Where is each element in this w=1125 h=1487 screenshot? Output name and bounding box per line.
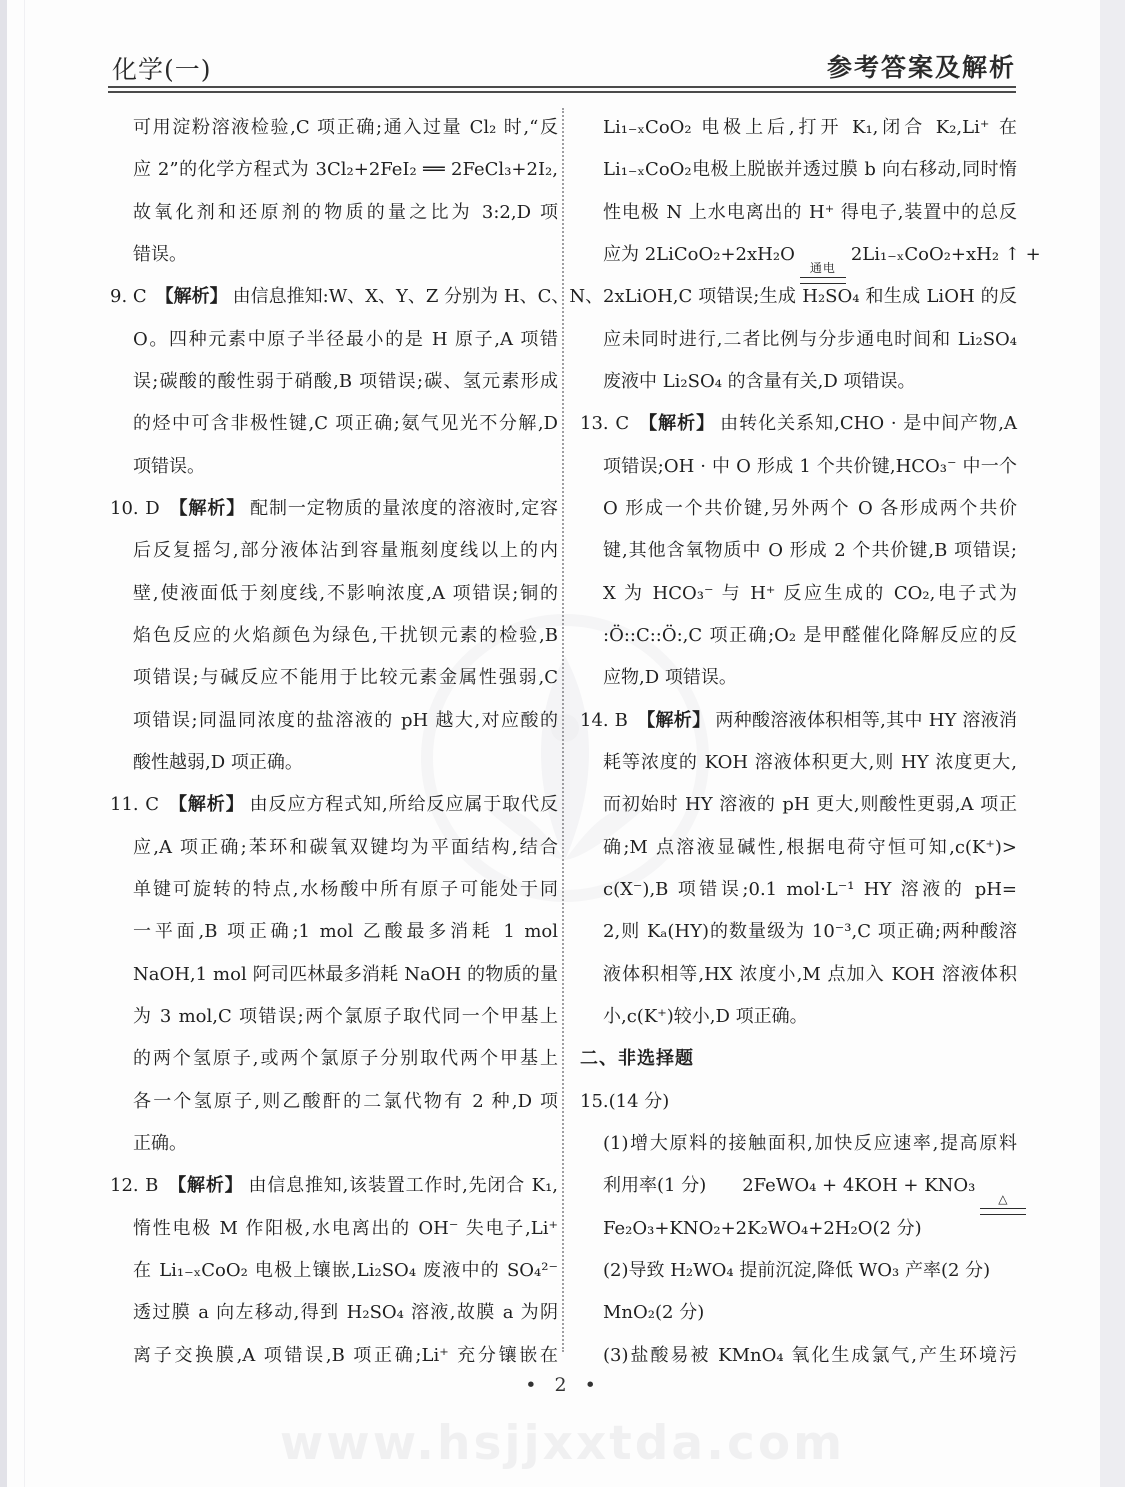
text-line: 焰色反应的火焰颜色为绿色,干扰钡元素的检验,B xyxy=(110,615,558,657)
text-line: 键,其他含氧物质中 O 形成 2 个共价键,B 项错误; xyxy=(580,530,1017,572)
text-line: O 形成一个共价键,另外两个 O 各形成两个共价 xyxy=(580,488,1017,530)
text-line: c(X⁻),B 项错误;0.1 mol·L⁻¹ HY 溶液的 pH= xyxy=(580,869,1017,911)
answer-item-line: 10. D【解析】配制一定物质的量浓度的溶液时,定容 xyxy=(110,488,558,530)
line-text: X 为 HCO₃⁻ 与 H⁺ 反应生成的 CO₂,电子式为 xyxy=(603,583,1017,604)
text-line: 2,则 Kₐ(HY)的数量级为 10⁻³,C 项正确;两种酸溶 xyxy=(580,911,1017,953)
line-text: 的两个氢原子,或两个氯原子分别取代两个甲基上 xyxy=(133,1048,558,1069)
line-text: 二、非选择题 xyxy=(580,1048,694,1069)
answer-number: 13. C xyxy=(580,413,629,434)
answer-item-line: 14. B【解析】两种酸溶液体积相等,其中 HY 溶液消 xyxy=(580,700,1017,742)
answer-number: 10. D xyxy=(110,498,160,519)
text-line: NaOH,1 mol 阿司匹林最多消耗 NaOH 的物质的量 xyxy=(110,954,558,996)
line-text: 酸性越弱,D 项正确。 xyxy=(133,752,303,773)
line-text: 而初始时 HY 溶液的 pH 更大,则酸性更弱,A 项正 xyxy=(603,794,1017,815)
answer-number: 11. C xyxy=(110,794,159,815)
text-line: (1)增大原料的接触面积,加快反应速率,提高原料 xyxy=(580,1123,1017,1165)
line-text: 由转化关系知,CHO · 是中间产物,A xyxy=(720,413,1017,434)
analysis-label: 【解析】 xyxy=(638,413,715,434)
page-title-course: 化学(一) xyxy=(112,50,212,86)
line-text: Li₁₋ₓCoO₂电极上脱嵌并透过膜 b 向右移动,同时惰 xyxy=(603,159,1017,180)
line-text: 单键可旋转的特点,水杨酸中所有原子可能处于同 xyxy=(133,879,558,900)
text-line: Li₁₋ₓCoO₂电极上脱嵌并透过膜 b 向右移动,同时惰 xyxy=(580,149,1017,191)
reaction-condition-text: 通电 xyxy=(810,262,836,277)
text-line: 项错误;OH · 中 O 形成 1 个共价键,HCO₃⁻ 中一个 xyxy=(580,446,1017,488)
text-line: 错误。 xyxy=(110,234,558,276)
text-line: 应,A 项正确;苯环和碳氧双键均为平面结构,结合 xyxy=(110,827,558,869)
line-text: c(X⁻),B 项错误;0.1 mol·L⁻¹ HY 溶液的 pH= xyxy=(603,879,1017,900)
line-text: 项错误;与碱反应不能用于比较元素金属性强弱,C xyxy=(133,667,558,688)
line-text: O 形成一个共价键,另外两个 O 各形成两个共价 xyxy=(603,498,1017,519)
answer-item-line: 13. C【解析】由转化关系知,CHO · 是中间产物,A xyxy=(580,403,1017,445)
text-line: 应 2”的化学方程式为 3Cl₂+2FeI₂ ══ 2FeCl₃+2I₂, xyxy=(110,149,558,191)
line-text: 由信息推知:W、X、Y、Z 分别为 H、C、N、 xyxy=(233,286,603,307)
text-line: 壁,使液面低于刻度线,不影响浓度,A 项错误;铜的 xyxy=(110,573,558,615)
column-left: 可用淀粉溶液检验,C 项正确;通入过量 Cl₂ 时,“反应 2”的化学方程式为 … xyxy=(110,107,558,1377)
line-text: 键,其他含氧物质中 O 形成 2 个共价键,B 项错误; xyxy=(603,540,1017,561)
text-line: (3)盐酸易被 KMnO₄ 氧化生成氯气,产生环境污 xyxy=(580,1335,1017,1377)
line-text: 后反复摇匀,部分液体沾到容量瓶刻度线以上的内 xyxy=(133,540,558,561)
line-text: 各一个氢原子,则乙酸酐的二氯代物有 2 种,D 项 xyxy=(133,1091,558,1112)
line-text: Li₁₋ₓCoO₂ 电极上后,打开 K₁,闭合 K₂,Li⁺ 在 xyxy=(603,117,1017,138)
reaction-condition-stack: △ xyxy=(980,1193,1026,1215)
analysis-label: 【解析】 xyxy=(637,710,711,731)
equation-text: 应为 2LiCoO₂+2xH₂O xyxy=(603,244,795,265)
answer-number: 12. B xyxy=(110,1175,158,1196)
text-line: 惰性电极 M 作阳极,水电离出的 OH⁻ 失电子,Li⁺ xyxy=(110,1208,558,1250)
line-text: 错误。 xyxy=(133,244,187,265)
text-line: O。四种元素中原子半径最小的是 H 原子,A 项错 xyxy=(110,319,558,361)
text-line: Li₁₋ₓCoO₂ 电极上后,打开 K₁,闭合 K₂,Li⁺ 在 xyxy=(580,107,1017,149)
text-line: 可用淀粉溶液检验,C 项正确;通入过量 Cl₂ 时,“反 xyxy=(110,107,558,149)
line-text: 15.(14 分) xyxy=(580,1091,669,1112)
line-text: NaOH,1 mol 阿司匹林最多消耗 NaOH 的物质的量 xyxy=(133,964,558,985)
line-text: 应物,D 项错误。 xyxy=(603,667,737,688)
line-text: 一平面,B 项正确;1 mol 乙酸最多消耗 1 mol xyxy=(133,921,558,942)
text-line: 一平面,B 项正确;1 mol 乙酸最多消耗 1 mol xyxy=(110,911,558,953)
text-line: 液体积相等,HX 浓度小,M 点加入 KOH 溶液体积 xyxy=(580,954,1017,996)
reaction-condition-text: △ xyxy=(998,1193,1008,1208)
line-text: 应 2”的化学方程式为 3Cl₂+2FeI₂ ══ 2FeCl₃+2I₂, xyxy=(133,159,558,180)
answer-item-line: 12. B【解析】由信息推知,该装置工作时,先闭合 K₁, xyxy=(110,1165,558,1207)
column-right: Li₁₋ₓCoO₂ 电极上后,打开 K₁,闭合 K₂,Li⁺ 在Li₁₋ₓCoO… xyxy=(580,107,1017,1377)
text-line: X 为 HCO₃⁻ 与 H⁺ 反应生成的 CO₂,电子式为 xyxy=(580,573,1017,615)
line-text: :Ö::C::Ö:,C 项正确;O₂ 是甲醛催化降解反应的反 xyxy=(603,625,1017,646)
answer-item-line: 9. C【解析】由信息推知:W、X、Y、Z 分别为 H、C、N、 xyxy=(110,276,558,318)
line-text: 配制一定物质的量浓度的溶液时,定容 xyxy=(250,498,558,519)
line-text: 小,c(K⁺)较小,D 项正确。 xyxy=(603,1006,808,1027)
text-line: (2)导致 H₂WO₄ 提前沉淀,降低 WO₃ 产率(2 分) xyxy=(580,1250,1017,1292)
line-text: 误;碳酸的酸性弱于硝酸,B 项错误;碳、氢元素形成 xyxy=(133,371,558,392)
text-line: 离子交换膜,A 项错误,B 项正确;Li⁺ 充分镶嵌在 xyxy=(110,1335,558,1377)
text-line: 单键可旋转的特点,水杨酸中所有原子可能处于同 xyxy=(110,869,558,911)
line-text: 故氧化剂和还原剂的物质的量之比为 3:2,D 项 xyxy=(133,202,558,223)
text-line: 故氧化剂和还原剂的物质的量之比为 3:2,D 项 xyxy=(110,192,558,234)
page-title-answers: 参考答案及解析 xyxy=(580,48,1016,84)
text-line: 二、非选择题 xyxy=(580,1038,1017,1080)
analysis-label: 【解析】 xyxy=(168,794,245,815)
line-text: 应,A 项正确;苯环和碳氧双键均为平面结构,结合 xyxy=(133,837,558,858)
page-number: • 2 • xyxy=(110,1374,1017,1396)
text-line: 项错误;同温同浓度的盐溶液的 pH 越大,对应酸的 xyxy=(110,700,558,742)
text-line: 为 3 mol,C 项错误;两个氯原子取代同一个甲基上 xyxy=(110,996,558,1038)
scan-edge-left xyxy=(0,0,7,1487)
answer-number: 14. B xyxy=(580,710,628,731)
text-line: 15.(14 分) xyxy=(580,1081,1017,1123)
line-text: 两种酸溶液体积相等,其中 HY 溶液消 xyxy=(715,710,1017,731)
text-line: 酸性越弱,D 项正确。 xyxy=(110,742,558,784)
line-text: 焰色反应的火焰颜色为绿色,干扰钡元素的检验,B xyxy=(133,625,558,646)
line-text: 由反应方程式知,所给反应属于取代反 xyxy=(250,794,558,815)
equation-text: 2Li₁₋ₓCoO₂+xH₂ ↑ + xyxy=(851,244,1041,265)
text-line: MnO₂(2 分) xyxy=(580,1292,1017,1334)
line-text: 项错误。 xyxy=(133,456,205,477)
scan-edge-right xyxy=(1100,0,1125,1487)
line-text: 应未同时进行,二者比例与分步通电时间和 Li₂SO₄ xyxy=(603,329,1017,350)
line-text: 项错误;OH · 中 O 形成 1 个共价键,HCO₃⁻ 中一个 xyxy=(603,456,1017,477)
scan-edge-line xyxy=(24,0,25,1487)
line-text: 壁,使液面低于刻度线,不影响浓度,A 项错误;铜的 xyxy=(133,583,558,604)
line-text: 可用淀粉溶液检验,C 项正确;通入过量 Cl₂ 时,“反 xyxy=(133,117,558,138)
analysis-label: 【解析】 xyxy=(156,286,228,307)
line-text: 为 3 mol,C 项错误;两个氯原子取代同一个甲基上 xyxy=(133,1006,558,1027)
line-text: O。四种元素中原子半径最小的是 H 原子,A 项错 xyxy=(133,329,558,350)
line-text: 2xLiOH,C 项错误;生成 H₂SO₄ 和生成 LiOH 的反 xyxy=(603,286,1017,307)
text-line: 废液中 Li₂SO₄ 的含量有关,D 项错误。 xyxy=(580,361,1017,403)
text-line: 的两个氢原子,或两个氯原子分别取代两个甲基上 xyxy=(110,1038,558,1080)
text-line: 而初始时 HY 溶液的 pH 更大,则酸性更弱,A 项正 xyxy=(580,784,1017,826)
site-watermark: www.hsjjxxtda.com xyxy=(0,1416,1125,1471)
line-text: 在 Li₁₋ₓCoO₂ 电极上镶嵌,Li₂SO₄ 废液中的 SO₄²⁻ xyxy=(133,1260,558,1281)
text-line: 透过膜 a 向左移动,得到 H₂SO₄ 溶液,故膜 a 为阴 xyxy=(110,1292,558,1334)
text-line: 利用率(1 分) 2FeWO₄ + 4KOH + KNO₃△ xyxy=(580,1165,1017,1207)
line-text: 的烃中可含非极性键,C 项正确;氨气见光不分解,D xyxy=(133,413,558,434)
double-bond-line xyxy=(980,1208,1026,1215)
text-line: 在 Li₁₋ₓCoO₂ 电极上镶嵌,Li₂SO₄ 废液中的 SO₄²⁻ xyxy=(110,1250,558,1292)
text-line: 应为 2LiCoO₂+2xH₂O通电2Li₁₋ₓCoO₂+xH₂ ↑ + xyxy=(580,234,1017,276)
text-line: 应未同时进行,二者比例与分步通电时间和 Li₂SO₄ xyxy=(580,319,1017,361)
text-line: 的烃中可含非极性键,C 项正确;氨气见光不分解,D xyxy=(110,403,558,445)
line-text: (1)增大原料的接触面积,加快反应速率,提高原料 xyxy=(603,1133,1017,1154)
line-text: 离子交换膜,A 项错误,B 项正确;Li⁺ 充分镶嵌在 xyxy=(133,1345,558,1366)
line-text: 惰性电极 M 作阳极,水电离出的 OH⁻ 失电子,Li⁺ xyxy=(133,1218,558,1239)
line-text: 确;M 点溶液显碱性,根据电荷守恒可知,c(K⁺)> xyxy=(603,837,1017,858)
text-line: 后反复摇匀,部分液体沾到容量瓶刻度线以上的内 xyxy=(110,530,558,572)
text-line: 确;M 点溶液显碱性,根据电荷守恒可知,c(K⁺)> xyxy=(580,827,1017,869)
text-line: 正确。 xyxy=(110,1123,558,1165)
text-line: 应物,D 项错误。 xyxy=(580,657,1017,699)
line-text: 性电极 N 上水电离出的 H⁺ 得电子,装置中的总反 xyxy=(603,202,1017,223)
line-text: 项错误;同温同浓度的盐溶液的 pH 越大,对应酸的 xyxy=(133,710,558,731)
text-line: 项错误。 xyxy=(110,446,558,488)
text-line: 小,c(K⁺)较小,D 项正确。 xyxy=(580,996,1017,1038)
line-text: (2)导致 H₂WO₄ 提前沉淀,降低 WO₃ 产率(2 分) xyxy=(603,1260,990,1281)
exam-answer-page: 化学(一) 参考答案及解析 可用淀粉溶液检验,C 项正确;通入过量 Cl₂ 时,… xyxy=(0,0,1125,1487)
text-line: 项错误;与碱反应不能用于比较元素金属性强弱,C xyxy=(110,657,558,699)
text-line: 各一个氢原子,则乙酸酐的二氯代物有 2 种,D 项 xyxy=(110,1081,558,1123)
equation-text: 利用率(1 分) 2FeWO₄ + 4KOH + KNO₃ xyxy=(603,1175,975,1196)
text-line: Fe₂O₃+KNO₂+2K₂WO₄+2H₂O(2 分) xyxy=(580,1208,1017,1250)
text-line: 2xLiOH,C 项错误;生成 H₂SO₄ 和生成 LiOH 的反 xyxy=(580,276,1017,318)
answer-item-line: 11. C【解析】由反应方程式知,所给反应属于取代反 xyxy=(110,784,558,826)
header-rule xyxy=(108,86,1016,93)
text-line: 误;碳酸的酸性弱于硝酸,B 项错误;碳、氢元素形成 xyxy=(110,361,558,403)
line-text: 2,则 Kₐ(HY)的数量级为 10⁻³,C 项正确;两种酸溶 xyxy=(603,921,1017,942)
line-text: 废液中 Li₂SO₄ 的含量有关,D 项错误。 xyxy=(603,371,916,392)
line-text: (3)盐酸易被 KMnO₄ 氧化生成氯气,产生环境污 xyxy=(603,1345,1017,1366)
line-text: 液体积相等,HX 浓度小,M 点加入 KOH 溶液体积 xyxy=(603,964,1017,985)
line-text: Fe₂O₃+KNO₂+2K₂WO₄+2H₂O(2 分) xyxy=(603,1218,922,1239)
text-line: 性电极 N 上水电离出的 H⁺ 得电子,装置中的总反 xyxy=(580,192,1017,234)
line-text: 耗等浓度的 KOH 溶液体积更大,则 HY 浓度更大, xyxy=(603,752,1017,773)
analysis-label: 【解析】 xyxy=(167,1175,243,1196)
text-line: 耗等浓度的 KOH 溶液体积更大,则 HY 浓度更大, xyxy=(580,742,1017,784)
line-text: MnO₂(2 分) xyxy=(603,1302,704,1323)
line-text: 正确。 xyxy=(133,1133,187,1154)
line-text: 由信息推知,该装置工作时,先闭合 K₁, xyxy=(249,1175,559,1196)
column-divider xyxy=(562,108,564,1352)
line-text: 透过膜 a 向左移动,得到 H₂SO₄ 溶液,故膜 a 为阴 xyxy=(133,1302,558,1323)
answer-number: 9. C xyxy=(110,286,147,307)
analysis-label: 【解析】 xyxy=(169,498,245,519)
text-line: :Ö::C::Ö:,C 项正确;O₂ 是甲醛催化降解反应的反 xyxy=(580,615,1017,657)
